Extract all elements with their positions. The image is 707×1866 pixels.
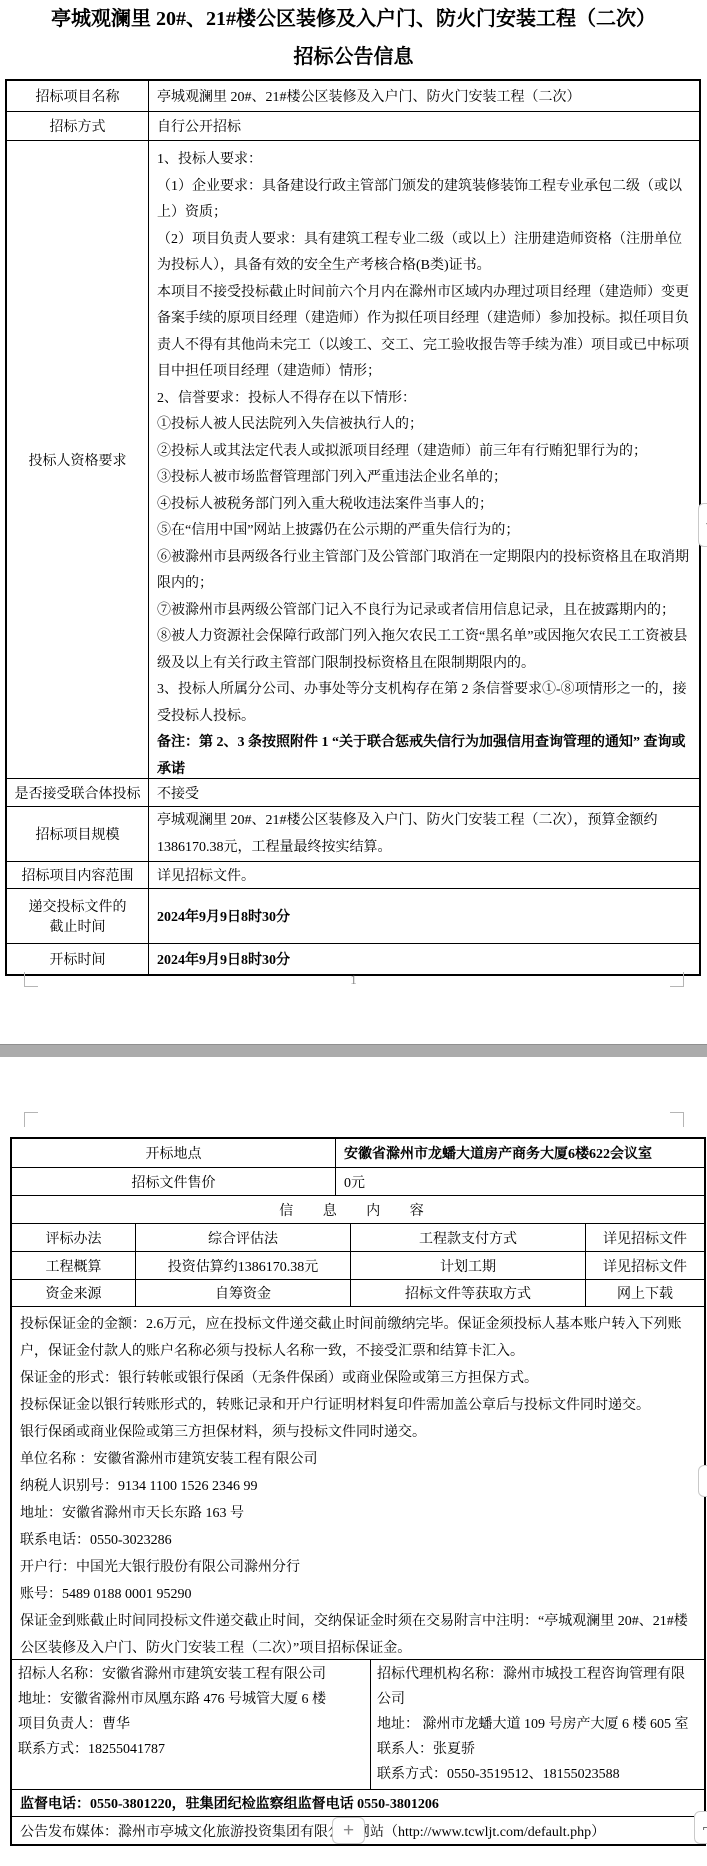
- grid-value: 投资估算约1386170.38元: [135, 1252, 350, 1279]
- paragraph: 单位名称 ：安徽省滁州市建筑安装工程有限公司: [20, 1446, 696, 1473]
- contact-line: 联系人：张夏骄: [377, 1737, 698, 1762]
- contact-line: 联系方式：18255041787: [18, 1737, 364, 1762]
- contact-line: 联系方式：0550-3519512、18155023588: [377, 1762, 698, 1787]
- paragraph: 投标保证金的金额：2.6万元，应在投标文件递交截止时间前缴纳完毕。保证金须投标人…: [20, 1311, 696, 1365]
- contact-line: 招标人名称：安徽省滁州市建筑安装工程有限公司: [18, 1662, 364, 1687]
- row-value: 自行公开招标: [148, 112, 699, 140]
- paragraph: ④投标人被税务部门列入重大税收违法案件当事人的；: [157, 492, 691, 519]
- row-label: 招标项目内容范围: [7, 862, 148, 888]
- contact-line: 地址： 滁州市龙蟠大道 109 号房产大厦 6 楼 605 室: [377, 1712, 698, 1737]
- row-value: 不接受: [148, 779, 699, 806]
- paragraph: ⑥被滁州市县两级各行业主管部门及公管部门取消在一定期限内的投标资格且在取消期限内…: [157, 545, 691, 598]
- row-label: 开标地点: [12, 1139, 335, 1167]
- paragraph: 本项目不接受投标截止时间前六个月内在滁州市区域内办理过项目经理（建造师）变更备案…: [157, 280, 691, 386]
- supervision-phones: 监督电话：0550-3801220，驻集团纪检监察组监督电话 0550-3801…: [12, 1790, 704, 1816]
- table-row: 开标时间 2024年9月9日8时30分: [7, 943, 699, 974]
- grid-value: 自筹资金: [135, 1280, 350, 1306]
- paragraph: ⑦被滁州市县两级公管部门记入不良行为记录或者信用信息记录，且在披露期内的；: [157, 598, 691, 625]
- open-place-value: 安徽省滁州市龙蟠大道房产商务大厦6楼622会议室: [335, 1139, 704, 1167]
- grid-label: 招标文件等获取方式: [350, 1280, 585, 1306]
- paragraph: （1）企业要求：具备建设行政主管部门颁发的建筑装修装饰工程专业承包二级（或以上）…: [157, 174, 691, 227]
- row-label: 招标项目规模: [7, 807, 148, 861]
- grid-label: 资金来源: [12, 1280, 135, 1306]
- grid-value: 网上下载: [585, 1280, 704, 1306]
- paragraph: 账号：5489 0188 0001 95290: [20, 1581, 696, 1608]
- document-title-line1: 亭城观澜里 20#、21#楼公区装修及入户门、防火门安装工程（二次）: [0, 0, 707, 32]
- text-boundary-mark: [670, 1112, 684, 1127]
- corner-button[interactable]: ⌐: [694, 1811, 707, 1844]
- text-boundary-mark: [24, 1112, 38, 1127]
- paragraph: （2）项目负责人要求：具有建筑工程专业二级（或以上）注册建造师资格（注册单位为投…: [157, 227, 691, 280]
- table-row: 招标人名称：安徽省滁州市建筑安装工程有限公司 地址：安徽省滁州市凤凰东路 476…: [12, 1659, 704, 1789]
- grid-value: 详见招标文件: [585, 1252, 704, 1279]
- paragraph: 1、投标人要求：: [157, 147, 691, 174]
- document-title-line2: 招标公告信息: [0, 32, 707, 79]
- contact-line: 招标代理机构名称：滁州市城投工程咨询管理有限公司: [377, 1662, 698, 1712]
- paragraph: 投标保证金以银行转账形式的，转账记录和开户行证明材料复印件需加盖公章后与投标文件…: [20, 1392, 696, 1419]
- info-section-header: 信 息 内 容: [12, 1196, 704, 1223]
- row-label: 是否接受联合体投标: [7, 779, 148, 806]
- label-line: 截止时间: [50, 916, 106, 936]
- grid-label: 计划工期: [350, 1252, 585, 1279]
- table-row: 投标保证金的金额：2.6万元，应在投标文件递交截止时间前缴纳完毕。保证金须投标人…: [12, 1306, 704, 1659]
- table-row: 投标人资格要求 1、投标人要求： （1）企业要求：具备建设行政主管部门颁发的建筑…: [7, 140, 699, 778]
- table-row: 评标办法 综合评估法 工程款支付方式 详见招标文件: [12, 1223, 704, 1251]
- page-number: 1: [0, 972, 707, 988]
- announcement-table-page2: 开标地点 安徽省滁州市龙蟠大道房产商务大厦6楼622会议室 招标文件售价 0元 …: [10, 1137, 706, 1846]
- bidder-contact-block: 招标人名称：安徽省滁州市建筑安装工程有限公司 地址：安徽省滁州市凤凰东路 476…: [12, 1660, 370, 1789]
- grid-value: 综合评估法: [135, 1224, 350, 1251]
- announcement-table-page1: 招标项目名称 亭城观澜里 20#、21#楼公区装修及入户门、防火门安装工程（二次…: [5, 79, 701, 976]
- table-row: 工程概算 投资估算约1386170.38元 计划工期 详见招标文件: [12, 1251, 704, 1279]
- grid-label: 工程款支付方式: [350, 1224, 585, 1251]
- row-value: 亭城观澜里 20#、21#楼公区装修及入户门、防火门安装工程（二次）: [148, 81, 699, 111]
- paragraph: 开户行：中国光大银行股份有限公司滁州分行: [20, 1554, 696, 1581]
- contact-line: 项目负责人：曹华: [18, 1712, 364, 1737]
- page-separator: [0, 1044, 707, 1057]
- paragraph: 2、信誉要求：投标人不得存在以下情形：: [157, 386, 691, 413]
- table-row: 招标项目名称 亭城观澜里 20#、21#楼公区装修及入户门、防火门安装工程（二次…: [7, 81, 699, 111]
- paragraph: 地址：安徽省滁州市天长东路 163 号: [20, 1500, 696, 1527]
- row-label: 开标时间: [7, 944, 148, 974]
- row-value: 0元: [335, 1168, 704, 1195]
- table-row: 资金来源 自筹资金 招标文件等获取方式 网上下载: [12, 1279, 704, 1306]
- qualification-requirements: 1、投标人要求： （1）企业要求：具备建设行政主管部门颁发的建筑装修装饰工程专业…: [148, 141, 699, 778]
- paragraph: 联系电话：0550-3023286: [20, 1527, 696, 1554]
- label-line: 递交投标文件的: [29, 896, 127, 916]
- paragraph: 银行保函或商业保险或第三方担保材料，须与投标文件同时递交。: [20, 1419, 696, 1446]
- table-row: 是否接受联合体投标 不接受: [7, 778, 699, 806]
- row-label: 递交投标文件的 截止时间: [7, 889, 148, 943]
- table-row: 监督电话：0550-3801220，驻集团纪检监察组监督电话 0550-3801…: [12, 1789, 704, 1816]
- grid-value: 详见招标文件: [585, 1224, 704, 1251]
- paragraph: 保证金的形式：银行转帐或银行保函（无条件保函）或商业保险或第三方担保方式。: [20, 1365, 696, 1392]
- open-time-value: 2024年9月9日8时30分: [148, 944, 699, 974]
- document-viewer: { "title": { "line1": "亭城观澜里 20#、21#楼公区装…: [0, 0, 707, 1866]
- paragraph: 保证金到账截止时间同投标文件递交截止时间，交纳保证金时须在交易附言中注明：“亭城…: [20, 1608, 696, 1659]
- row-label: 投标人资格要求: [7, 141, 148, 778]
- table-row: 信 息 内 容: [12, 1195, 704, 1223]
- paragraph: ③投标人被市场监督管理部门列入严重违法企业名单的；: [157, 465, 691, 492]
- agent-contact-block: 招标代理机构名称：滁州市城投工程咨询管理有限公司 地址： 滁州市龙蟠大道 109…: [370, 1660, 704, 1789]
- paragraph: ⑤在“信用中国”网站上披露仍在公示期的严重失信行为的；: [157, 518, 691, 545]
- paragraph: 3、投标人所属分公司、办事处等分支机构存在第 2 条信誉要求①-⑧项情形之一的，…: [157, 677, 691, 730]
- row-value: 亭城观澜里 20#、21#楼公区装修及入户门、防火门安装工程（二次），预算金额约…: [148, 807, 699, 861]
- add-button[interactable]: +: [332, 1817, 365, 1844]
- table-row: 招标项目规模 亭城观澜里 20#、21#楼公区装修及入户门、防火门安装工程（二次…: [7, 806, 699, 861]
- paragraph: 纳税人识别号：9134 1100 1526 2346 99: [20, 1473, 696, 1500]
- contact-line: 地址：安徽省滁州市凤凰东路 476 号城管大厦 6 楼: [18, 1687, 364, 1712]
- table-row: 递交投标文件的 截止时间 2024年9月9日8时30分: [7, 888, 699, 943]
- paragraph: ⑧被人力资源社会保障行政部门列入拖欠农民工工资“黑名单”或因拖欠农民工工资被县级…: [157, 624, 691, 677]
- row-label: 招标项目名称: [7, 81, 148, 111]
- deposit-info-block: 投标保证金的金额：2.6万元，应在投标文件递交截止时间前缴纳完毕。保证金须投标人…: [12, 1307, 704, 1659]
- note-paragraph: 备注：第 2、3 条按照附件 1 “关于联合惩戒失信行为加强信用查询管理的通知”…: [157, 730, 691, 778]
- grid-label: 工程概算: [12, 1252, 135, 1279]
- collapse-button[interactable]: −: [698, 503, 707, 547]
- row-value: 详见招标文件。: [148, 862, 699, 888]
- grid-label: 评标办法: [12, 1224, 135, 1251]
- row-label: 招标方式: [7, 112, 148, 140]
- deadline-value: 2024年9月9日8时30分: [148, 889, 699, 943]
- table-row: 招标文件售价 0元: [12, 1167, 704, 1195]
- table-row: 开标地点 安徽省滁州市龙蟠大道房产商务大厦6楼622会议室: [12, 1139, 704, 1167]
- paragraph: ①投标人被人民法院列入失信被执行人的；: [157, 412, 691, 439]
- table-row: 招标项目内容范围 详见招标文件。: [7, 861, 699, 888]
- paragraph: ②投标人或其法定代表人或拟派项目经理（建造师）前三年有行贿犯罪行为的；: [157, 439, 691, 466]
- row-label: 招标文件售价: [12, 1168, 335, 1195]
- side-button[interactable]: [698, 1465, 707, 1497]
- table-row: 招标方式 自行公开招标: [7, 111, 699, 140]
